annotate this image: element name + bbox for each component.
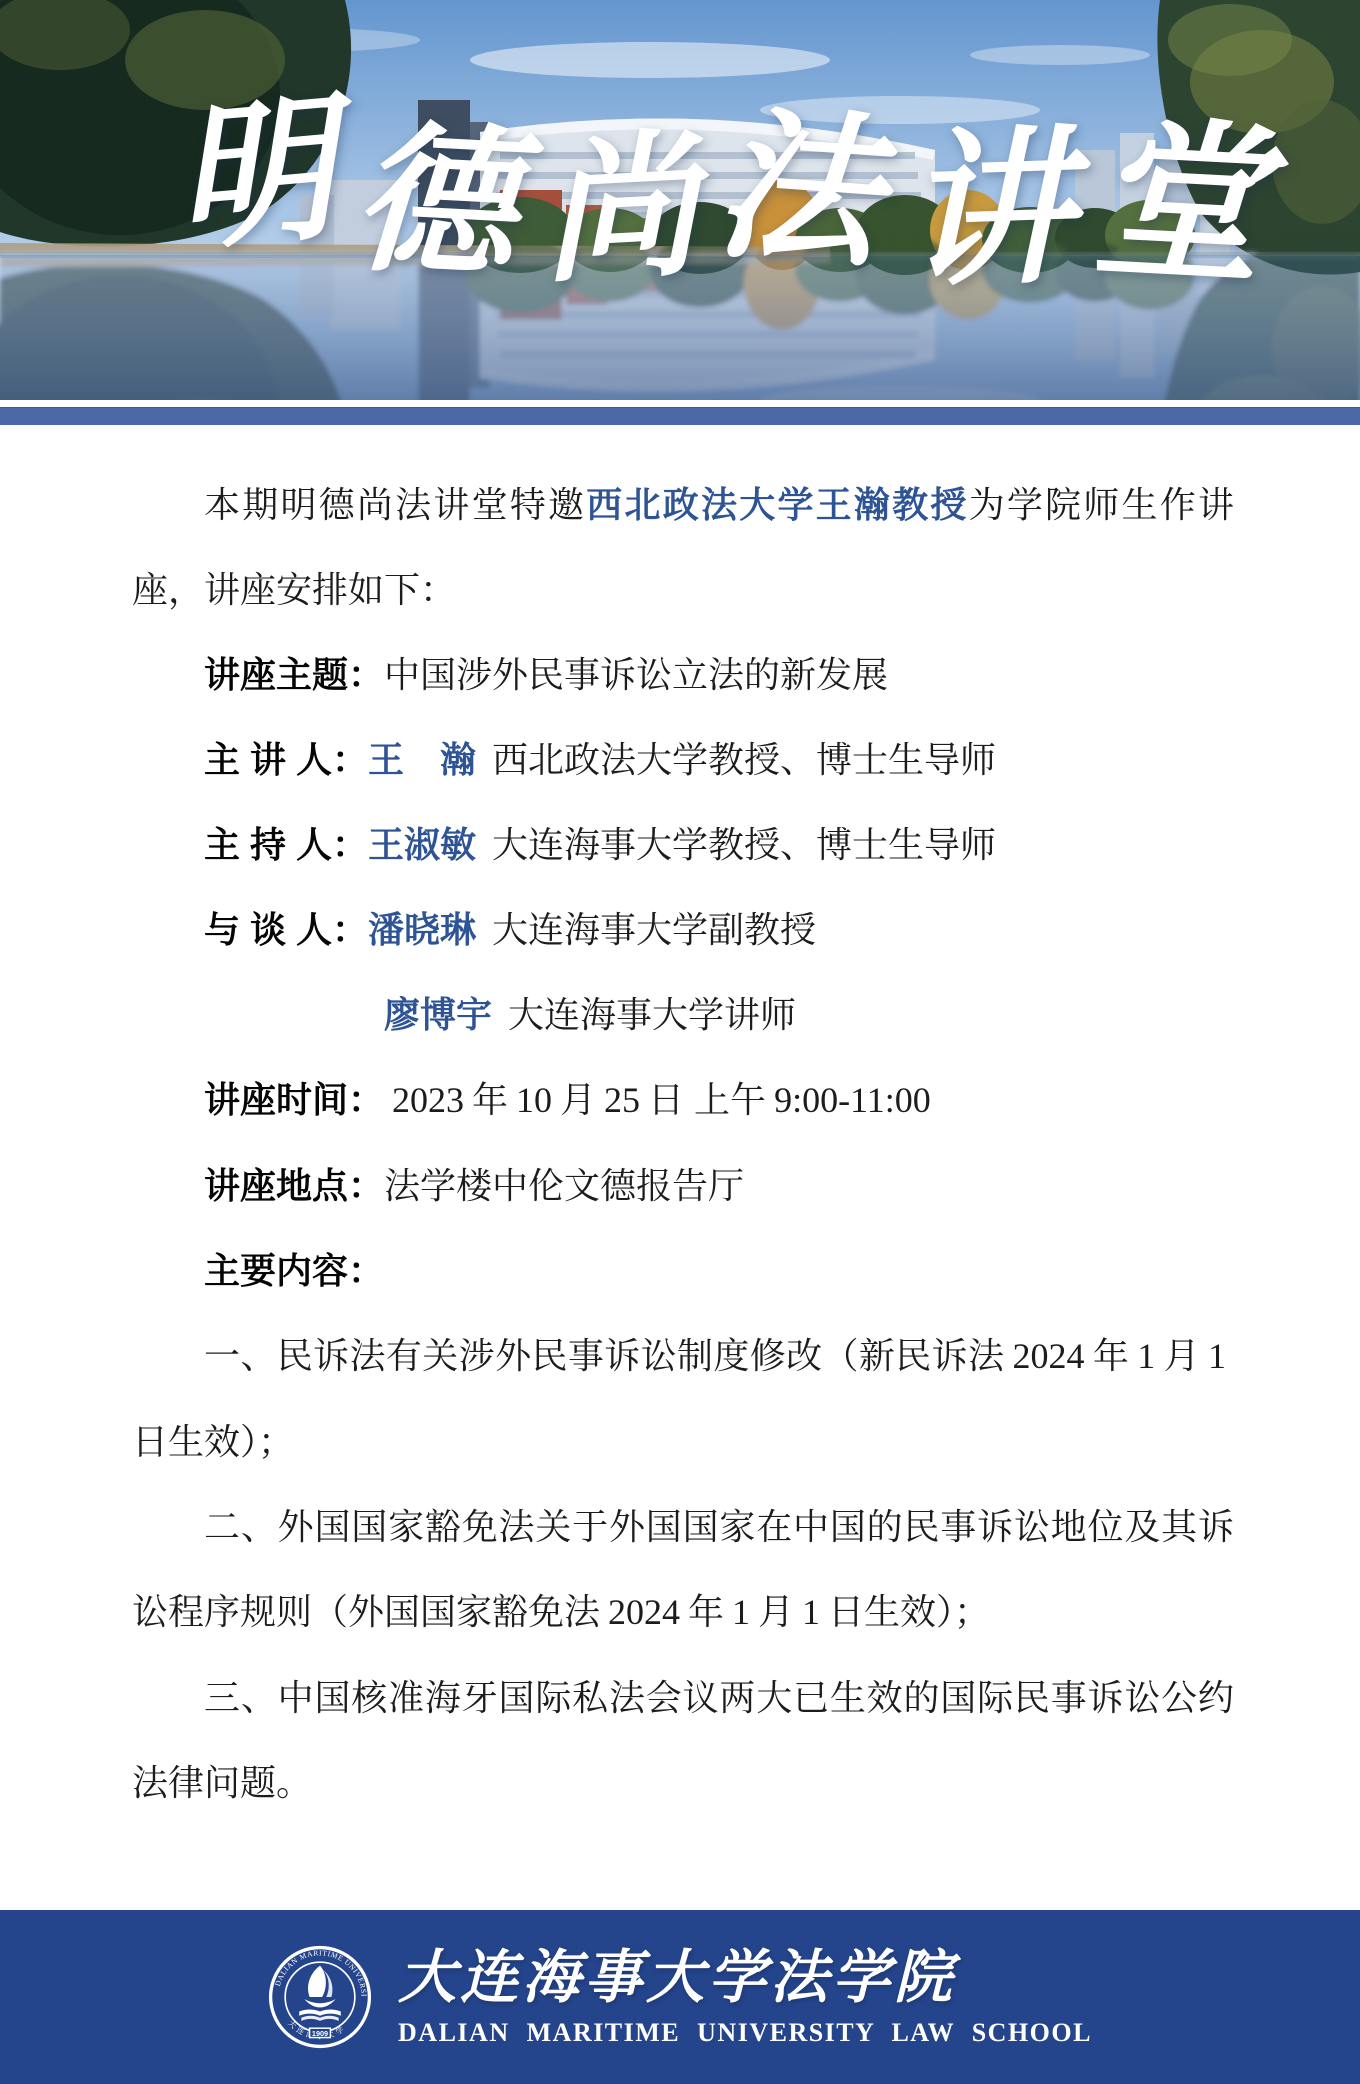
sail-icon	[304, 1966, 335, 2008]
footer-text-block: 大连海事大学法学院 DALIAN MARITIME UNIVERSITY LAW…	[398, 1946, 1092, 2048]
content-item-3: 三、中国核准海牙国际私法会议两大已生效的国际民事诉讼公约法律问题。	[132, 1655, 1234, 1825]
content1-month: 1	[1137, 1336, 1155, 1376]
content2-year: 2024	[608, 1592, 680, 1632]
time-range: 9:00-11:00	[774, 1080, 931, 1120]
speaker-name: 王 瀚	[368, 739, 476, 780]
discussant2-title: 大连海事大学讲师	[508, 994, 796, 1035]
time-label: 讲座时间：	[204, 1079, 384, 1120]
host-name: 王淑敏	[368, 824, 476, 865]
content2-month-unit: 月	[758, 1591, 794, 1632]
host-title: 大连海事大学教授、博士生导师	[492, 824, 996, 865]
host-label: 主 持 人：	[204, 824, 368, 865]
content2-year-unit: 年	[688, 1591, 724, 1632]
location-label: 讲座地点：	[204, 1165, 384, 1206]
content1-year: 2024	[1012, 1336, 1084, 1376]
time-ampm: 日 上午	[648, 1079, 766, 1120]
hero-banner: 明 德 尚 法 讲 堂	[0, 0, 1360, 400]
content3-text: 三、中国核准海牙国际私法会议两大已生效的国际民事诉讼公约法律问题。	[132, 1677, 1234, 1803]
blue-divider-bar	[0, 407, 1360, 425]
discussant2-row: 廖博宇大连海事大学讲师	[132, 972, 1234, 1057]
time-month: 10	[516, 1080, 552, 1120]
speaker-label: 主 讲 人：	[204, 739, 368, 780]
campus-photo	[0, 0, 1360, 400]
discussant-title: 大连海事大学副教授	[492, 909, 816, 950]
announcement-body: 本期明德尚法讲堂特邀西北政法大学王瀚教授为学院师生作讲座，讲座安排如下： 讲座主…	[132, 462, 1234, 1825]
time-month-unit: 月	[560, 1079, 596, 1120]
discussant-row: 与 谈 人：潘晓琳大连海事大学副教授	[132, 887, 1234, 972]
topic-row: 讲座主题：中国涉外民事诉讼立法的新发展	[132, 632, 1234, 717]
content-item-1: 一、民诉法有关涉外民事诉讼制度修改（新民诉法2024年1月1日生效）；	[132, 1313, 1234, 1484]
content-header-label: 主要内容：	[204, 1250, 384, 1291]
discussant-label: 与 谈 人：	[204, 909, 368, 950]
content1-tail: 日生效）；	[132, 1421, 294, 1462]
content2-month: 1	[732, 1592, 750, 1632]
speaker-row: 主 讲 人：王 瀚西北政法大学教授、博士生导师	[132, 717, 1234, 802]
time-row: 讲座时间：2023年10月25日 上午9:00-11:00	[132, 1057, 1234, 1143]
guest-highlight: 西北政法大学王瀚教授	[586, 484, 968, 525]
logo-year: 1909	[312, 2029, 328, 2038]
content1-day: 1	[1208, 1336, 1226, 1376]
intro-text-pre: 本期明德尚法讲堂特邀	[204, 484, 586, 525]
time-year-unit: 年	[472, 1079, 508, 1120]
university-logo: DALIAN MARITIME UNIVERSITY 大连海事大学 1909	[268, 1945, 372, 2049]
content1-month-unit: 月	[1163, 1335, 1200, 1376]
intro-paragraph: 本期明德尚法讲堂特邀西北政法大学王瀚教授为学院师生作讲座，讲座安排如下：	[132, 462, 1234, 632]
content2-day: 1	[802, 1592, 820, 1632]
footer-band: DALIAN MARITIME UNIVERSITY 大连海事大学 1909 大…	[0, 1910, 1360, 2084]
footer-school-name-cn: 大连海事大学法学院	[398, 1946, 956, 2010]
content-header-row: 主要内容：	[132, 1228, 1234, 1313]
location-row: 讲座地点：法学楼中伦文德报告厅	[132, 1143, 1234, 1228]
discussant-name: 潘晓琳	[368, 909, 476, 950]
content1-year-unit: 年	[1092, 1335, 1129, 1376]
topic-label: 讲座主题：	[204, 654, 384, 695]
speaker-title: 西北政法大学教授、博士生导师	[492, 739, 996, 780]
topic-value: 中国涉外民事诉讼立法的新发展	[384, 654, 888, 695]
time-year: 2023	[392, 1080, 464, 1120]
content-item-2: 二、外国国家豁免法关于外国国家在中国的民事诉讼地位及其诉讼程序规则（外国国家豁免…	[132, 1484, 1234, 1655]
discussant2-name: 廖博宇	[384, 994, 492, 1035]
host-row: 主 持 人：王淑敏大连海事大学教授、博士生导师	[132, 802, 1234, 887]
location-value: 法学楼中伦文德报告厅	[384, 1165, 744, 1206]
book-icon	[299, 2009, 341, 2020]
time-day: 25	[604, 1080, 640, 1120]
poster-page: 明 德 尚 法 讲 堂 本期明德尚法讲堂特邀西北政法大学王瀚教授为学院师生作讲座…	[0, 0, 1360, 2084]
content2-tail: 日生效）；	[828, 1591, 990, 1632]
content2-text: 二、外国国家豁免法关于外国国家在中国的民事诉讼地位及其诉讼程序规则（外国国家豁免…	[132, 1506, 1234, 1632]
footer-school-name-en: DALIAN MARITIME UNIVERSITY LAW SCHOOL	[398, 2018, 1092, 2048]
content1-text: 一、民诉法有关涉外民事诉讼制度修改（新民诉法	[204, 1335, 1004, 1376]
